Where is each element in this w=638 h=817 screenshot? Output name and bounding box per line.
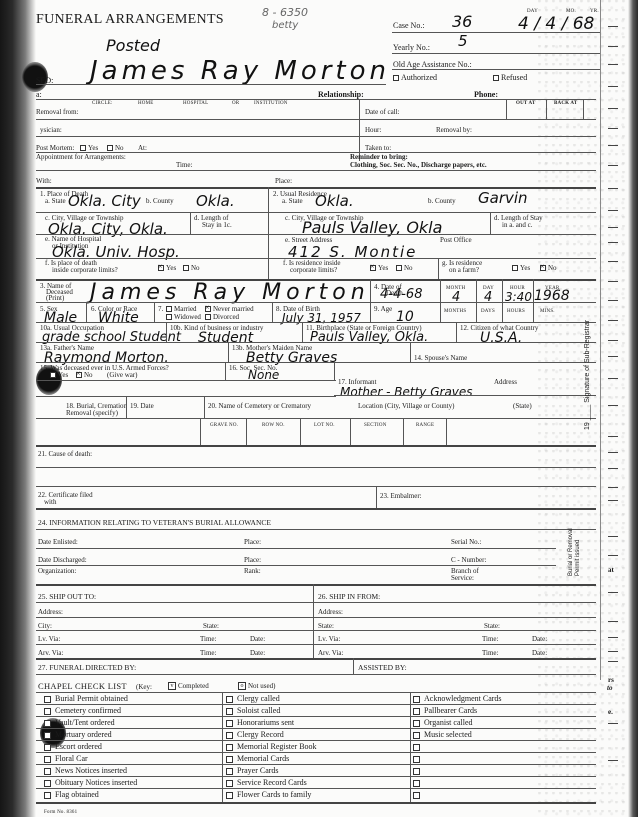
pod-county-label: b. County	[146, 197, 174, 205]
post-mortem-at-label: At:	[138, 144, 147, 152]
pod-stay-label-2: Stay in 1c.	[202, 221, 232, 229]
ship-out-label: 25. SHIP OUT TO:	[38, 593, 96, 601]
checklist-item[interactable]: Clergy called	[226, 694, 280, 704]
branch-label-2: Service:	[451, 574, 474, 582]
discharged-place-label: Place:	[244, 556, 261, 564]
grave-no-header: GRAVE NO.	[210, 423, 238, 429]
key-not-used: oNot used)	[238, 682, 275, 690]
checklist-item[interactable]: Organist called	[413, 718, 473, 728]
checklist-item[interactable]: Cemetery confirmed	[44, 706, 121, 716]
res-farm-yes[interactable]: Yes	[512, 264, 530, 272]
marital-never-married[interactable]: Never married	[205, 305, 254, 313]
circle-option-hospital[interactable]: HOSPITAL	[183, 101, 208, 107]
age-mins-header: MINS.	[540, 309, 555, 315]
checklist-item[interactable]: Service Record Cards	[226, 778, 307, 788]
checklist-label: Pallbearer Cards	[424, 706, 477, 715]
reminder-items: Clothing, Soc. Sec. No., Discharge paper…	[350, 161, 487, 169]
yes-label: Yes	[520, 264, 530, 272]
c-number-label: C - Number:	[451, 556, 486, 564]
informant-address-label: Address	[494, 378, 517, 386]
checklist-item[interactable]: Acknowledgment Cards	[413, 694, 502, 704]
margin-edge-text: to	[607, 684, 612, 692]
appointment-time-label: Time:	[176, 161, 192, 169]
ship-out-lv-via-label: Lv. Via:	[38, 635, 60, 643]
marital-widowed[interactable]: Widowed	[166, 313, 201, 321]
ship-in-state-label-2: State:	[484, 622, 500, 630]
form-title: FUNERAL ARRANGEMENTS	[36, 12, 224, 28]
funeral-directed-label: 27. FUNERAL DIRECTED BY:	[38, 664, 136, 672]
res-limits-no[interactable]: No	[396, 264, 413, 272]
old-age-label: Old Age Assistance No.:	[393, 60, 472, 69]
checklist-item[interactable]: Flower Cards to family	[226, 790, 311, 800]
range-header: RANGE	[416, 423, 434, 429]
checklist-item[interactable]: Burial Permit obtained	[44, 694, 128, 704]
checklist-item[interactable]: Floral Car	[44, 754, 88, 764]
pod-state-label: a. State	[45, 197, 66, 205]
stamp-number: 8 - 6350	[262, 6, 308, 19]
location-label: Location (City, Village or County)	[358, 402, 454, 410]
checklist-item[interactable]	[413, 790, 424, 800]
scan-noise	[538, 0, 628, 817]
binder-shadow	[0, 0, 36, 817]
checklist-item[interactable]: Pallbearer Cards	[413, 706, 477, 716]
state-paren-label: (State)	[513, 402, 532, 410]
res-post-office-label: Post Office	[440, 236, 472, 244]
phone-label: Phone:	[474, 90, 498, 99]
ship-out-arv-time-label: Time:	[200, 649, 216, 657]
header-date-value[interactable]: 4 / 4 / 68	[518, 14, 594, 34]
stamp-name: betty	[272, 20, 298, 31]
back-at-label: BACK AT	[554, 101, 577, 107]
row-no-header: ROW NO.	[262, 423, 285, 429]
no-label: No	[404, 264, 413, 272]
yes-label: Yes	[58, 371, 68, 379]
res-state-value[interactable]: Okla.	[315, 192, 354, 210]
cremation-label-2: Removal (specify)	[66, 409, 118, 417]
checklist-label: Organist called	[424, 718, 473, 727]
veteran-section-label: 24. INFORMATION RELATING TO VETERAN'S BU…	[38, 519, 271, 527]
yes-label: Yes	[166, 264, 176, 272]
ship-in-lv-via-label: Lv. Via:	[318, 635, 340, 643]
by-label: a:	[36, 90, 42, 99]
with-label: With:	[36, 177, 52, 185]
ship-in-lv-time-label: Time:	[482, 635, 498, 643]
ship-out-arv-via-label: Arv. Via:	[38, 649, 63, 657]
checklist-label: Prayer Cards	[237, 766, 279, 775]
citizen-value[interactable]: U.S.A.	[480, 330, 522, 346]
circle-label: CIRCLE:	[92, 101, 113, 107]
yes-label: Yes	[88, 144, 98, 152]
key-completed: vCompleted	[168, 682, 209, 690]
cause-label: 21. Cause of death:	[38, 450, 92, 458]
checklist-item[interactable]: Prayer Cards	[226, 766, 279, 776]
checklist-label: Floral Car	[55, 754, 88, 763]
pod-limits-no[interactable]: No	[183, 264, 200, 272]
age-months-header: MONTHS	[444, 309, 466, 315]
checklist-label: Escort ordered	[55, 742, 102, 751]
deceased-name-header[interactable]: James Ray Morton	[90, 56, 390, 86]
section-header: SECTION	[364, 423, 387, 429]
ship-in-lv-date-label: Date:	[532, 635, 547, 643]
margin-edge-text: rs	[608, 676, 614, 684]
burial-permit-issued: Burial or Removal Permit issued	[568, 516, 582, 576]
post-mortem-label: Post Mortem:	[36, 144, 74, 152]
checklist-item[interactable]: Honorariums sent	[226, 718, 294, 728]
marital-label: 7.	[158, 305, 163, 313]
cemetery-label: 20. Name of Cemetery or Crematory	[208, 402, 311, 410]
margin-at-label: at	[608, 566, 614, 574]
res-state-label: a. State	[282, 197, 303, 205]
checklist-item[interactable]	[413, 754, 424, 764]
checklist-item[interactable]: Escort ordered	[44, 742, 102, 752]
checklist-item[interactable]: Vault/Tent ordered	[44, 718, 115, 728]
pod-limits-label-2: inside corporate limits?	[52, 266, 118, 274]
checklist-label: Mortuary ordered	[55, 730, 112, 739]
not-used-label: Not used)	[248, 682, 275, 690]
ship-out-city-label: City:	[38, 622, 52, 630]
ship-in-arv-time-label: Time:	[482, 649, 498, 657]
relationship-label: Relationship:	[318, 90, 364, 99]
checklist-label: News Notices inserted	[55, 766, 127, 775]
checklist-item[interactable]	[413, 742, 424, 752]
form-number: Form No. 8361	[44, 810, 77, 816]
ship-out-address-label: Address:	[38, 608, 63, 616]
no-label: No	[84, 371, 93, 379]
checklist-label: Obituary Notices inserted	[55, 778, 137, 787]
case-no-label: Case No.:	[393, 21, 425, 30]
res-limits-yes[interactable]: Yes	[370, 264, 388, 272]
checklist-label: Acknowledgment Cards	[424, 694, 502, 703]
circle-option-home[interactable]: HOME	[138, 101, 154, 107]
pod-limits-yes[interactable]: Yes	[158, 264, 176, 272]
spouse-label: 14. Spouse's Name	[414, 354, 467, 362]
no-label: No	[548, 264, 557, 272]
ship-out-lv-date-label: Date:	[250, 635, 265, 643]
refused-checkbox[interactable]: Refused	[493, 73, 527, 82]
appointment-label: Appointment for Arrangements:	[36, 153, 126, 161]
circle-option-or: OR	[232, 101, 239, 107]
never-married-label: Never married	[213, 305, 254, 313]
ship-out-lv-time-label: Time:	[200, 635, 216, 643]
ship-in-arv-date-label: Date:	[532, 649, 547, 657]
yearly-no-label: Yearly No.:	[393, 43, 430, 52]
yearly-no-value[interactable]: 5	[458, 32, 468, 50]
organization-label: Organization:	[38, 567, 76, 575]
page-edge-shadow	[628, 0, 638, 817]
date-of-call-label: Date of call:	[365, 108, 400, 116]
checklist-label: Service Record Cards	[237, 778, 307, 787]
checklist-item[interactable]: Music selected	[413, 730, 472, 740]
pod-county-value[interactable]: Okla.	[196, 192, 235, 210]
refused-label: Refused	[501, 73, 527, 82]
yes-label: Yes	[378, 264, 388, 272]
age-hours-header: HOURS	[507, 309, 525, 315]
res-county-value[interactable]: Garvin	[478, 189, 528, 207]
checklist-key-label: (Key:	[136, 683, 152, 691]
checklist-label: Burial Permit obtained	[55, 694, 128, 703]
ship-out-arv-date-label: Date:	[250, 649, 265, 657]
certificate-label-2: with	[44, 498, 56, 506]
hour-label: Hour:	[365, 126, 381, 134]
embalmer-label: 23. Embalmer:	[380, 492, 422, 500]
authorized-label: Authorized	[401, 73, 437, 82]
sub-registrar-signature: 19 ____ Signature of Sub-Registrar	[584, 320, 591, 430]
date19-label: 19. Date	[130, 402, 154, 410]
checklist-item[interactable]	[413, 778, 424, 788]
res-stay-label-2: in a. and c.	[502, 221, 533, 229]
post-mortem-yes[interactable]: Yes	[80, 144, 98, 152]
checklist-label: Flag obtained	[55, 790, 99, 799]
assisted-by-label: ASSISTED BY:	[358, 664, 407, 672]
married-label: Married	[174, 305, 197, 313]
ship-in-state-label: State:	[318, 622, 334, 630]
checklist-label: Music selected	[424, 730, 472, 739]
out-at-label: OUT AT	[516, 101, 536, 107]
enlisted-place-label: Place:	[244, 538, 261, 546]
no-label: No	[115, 144, 124, 152]
checklist-item[interactable]	[413, 766, 424, 776]
informant-value[interactable]: Mother - Betty Graves	[340, 385, 473, 399]
case-no-value[interactable]: 36	[452, 12, 472, 31]
res-farm-no[interactable]: No	[540, 264, 557, 272]
res-county-label: b. County	[428, 197, 456, 205]
checklist-label: Flower Cards to family	[237, 790, 311, 799]
checklist-item[interactable]: Flag obtained	[44, 790, 99, 800]
checklist-label: Honorariums sent	[237, 718, 294, 727]
checklist-label: Memorial Cards	[237, 754, 289, 763]
date-discharged-label: Date Discharged:	[38, 556, 87, 564]
margin-edge-text: e.	[608, 708, 613, 716]
circle-option-institution[interactable]: INSTITUTION	[254, 101, 288, 107]
lot-no-header: LOT NO.	[314, 423, 335, 429]
armed-no[interactable]: No	[76, 371, 93, 379]
ship-in-arv-via-label: Arv. Via:	[318, 649, 343, 657]
divorced-label: Divorced	[213, 313, 239, 321]
physician-label: ysician:	[40, 126, 62, 134]
checklist-item[interactable]: Soloist called	[226, 706, 280, 716]
ship-out-state-label: State:	[203, 622, 219, 630]
ship-in-label: 26. SHIP IN FROM:	[318, 593, 380, 601]
checklist-item[interactable]: Mortuary ordered	[44, 730, 112, 740]
checklist-label: Soloist called	[237, 706, 280, 715]
post-mortem-no[interactable]: No	[107, 144, 124, 152]
checklist-title: CHAPEL CHECK LIST	[38, 682, 127, 691]
authorized-checkbox[interactable]: Authorized	[393, 73, 437, 82]
res-farm-label-2: on a farm?	[449, 266, 479, 274]
checklist-label: Memorial Register Book	[237, 742, 317, 751]
checklist-label: Clergy Record	[237, 730, 284, 739]
date-enlisted-label: Date Enlisted:	[38, 538, 78, 546]
age-days-header: DAYS	[481, 309, 495, 315]
race-value[interactable]: White	[98, 310, 139, 326]
checklist-item[interactable]: News Notices inserted	[44, 766, 127, 776]
completed-label: Completed	[178, 682, 209, 690]
funeral-arrangements-form: FUNERAL ARRANGEMENTS 8 - 6350 betty Post…	[0, 0, 638, 817]
no-label: No	[191, 264, 200, 272]
checklist-item[interactable]: Clergy Record	[226, 730, 284, 740]
res-limits-label-2: corporate limits?	[290, 266, 337, 274]
give-war-label: (Give war)	[107, 371, 138, 379]
ship-in-address-label: Address:	[318, 608, 343, 616]
checklist-label: Clergy called	[237, 694, 280, 703]
checklist-item[interactable]: Memorial Cards	[226, 754, 289, 764]
checklist-label: Cemetery confirmed	[55, 706, 121, 715]
posted-note: Posted	[106, 36, 160, 55]
rank-label: Rank:	[244, 567, 261, 575]
place-label: Place:	[275, 177, 292, 185]
age-label: 9. Age	[374, 305, 392, 313]
checklist-label: Vault/Tent ordered	[55, 718, 115, 727]
armed-yes[interactable]: Yes	[50, 371, 68, 379]
name-label-3: (Print)	[46, 294, 64, 302]
checklist-item[interactable]: Memorial Register Book	[226, 742, 317, 752]
marital-divorced[interactable]: Divorced	[205, 313, 239, 321]
widowed-label: Widowed	[174, 313, 201, 321]
pod-state-value[interactable]: Okla. City	[68, 192, 141, 210]
removal-by-label: Removal by:	[436, 126, 472, 134]
marital-married[interactable]: Married	[166, 305, 197, 313]
removal-from-label: Removal from:	[36, 108, 79, 116]
taken-to-label: Taken to:	[365, 144, 391, 152]
serial-no-label: Serial No.:	[451, 538, 481, 546]
checklist-item[interactable]: Obituary Notices inserted	[44, 778, 137, 788]
reminder-label: Reminder to bring:	[350, 153, 408, 161]
dod-value[interactable]: 4-4-68	[380, 287, 422, 302]
